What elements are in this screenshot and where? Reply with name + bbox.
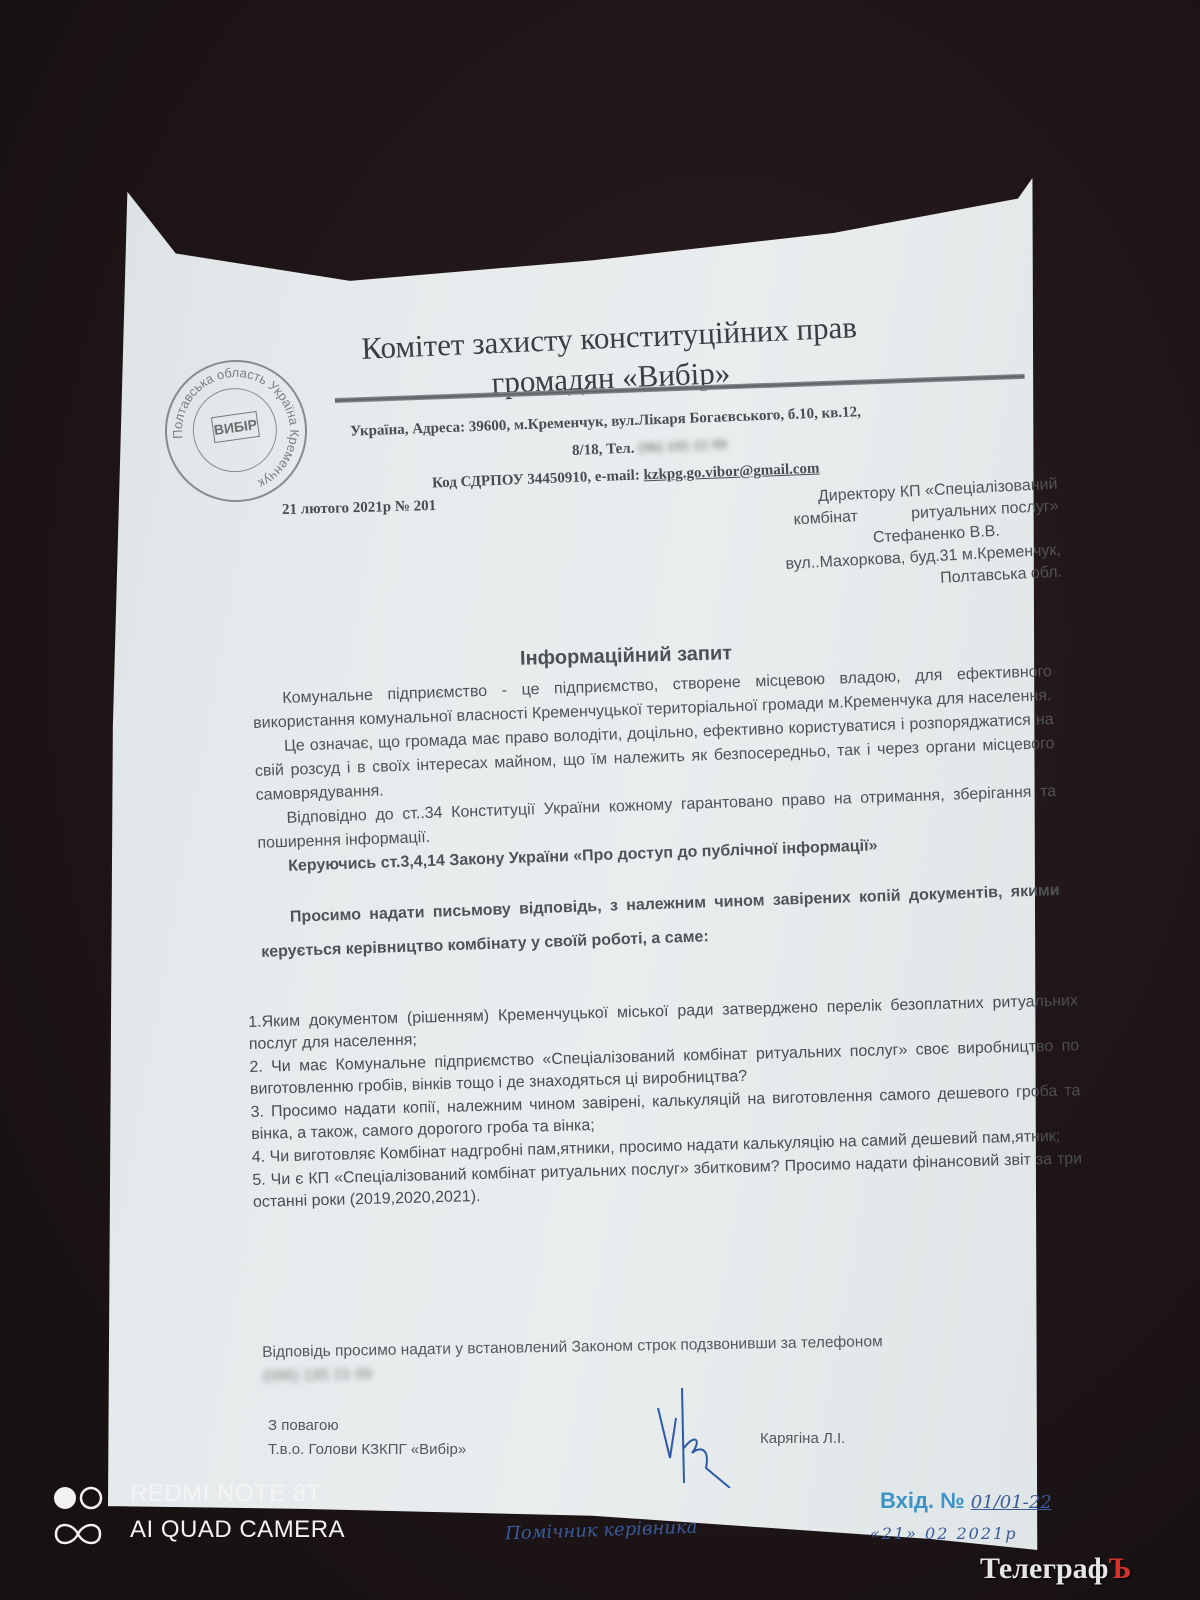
stamp-number: 01/01-22 [971,1492,1052,1513]
incoming-stamp: Вхід. № 01/01-22 [880,1488,1052,1514]
handwritten-note: Помічник керівника [505,1517,698,1545]
stamp-date: «21» 02 2021р [870,1524,1017,1543]
document-body: Комунальне підприємство - це підприємств… [252,660,1061,970]
publisher-watermark: ТелеграфЪ [980,1552,1131,1586]
camera-watermark-icon [52,1484,104,1554]
signer-name: Карягіна Л.І. [760,1430,845,1447]
signature-icon [640,1378,760,1488]
camera-watermark-text: REDMI NOTE 8T AI QUAD CAMERA [130,1476,345,1548]
redacted-phone: (96) 195 15 99 [638,437,727,456]
addressee-block: Директору КП «Спеціалізований комбінат р… [657,474,1062,605]
signoff-block: З повагою Т.в.о. Голови КЗКПГ «Вибір» [268,1414,466,1462]
request-list: 1.Яким документом (рішенням) Кременчуцьк… [248,990,1083,1215]
organization-seal: Полтавська область Україна Кременчук ВИБ… [156,351,316,511]
